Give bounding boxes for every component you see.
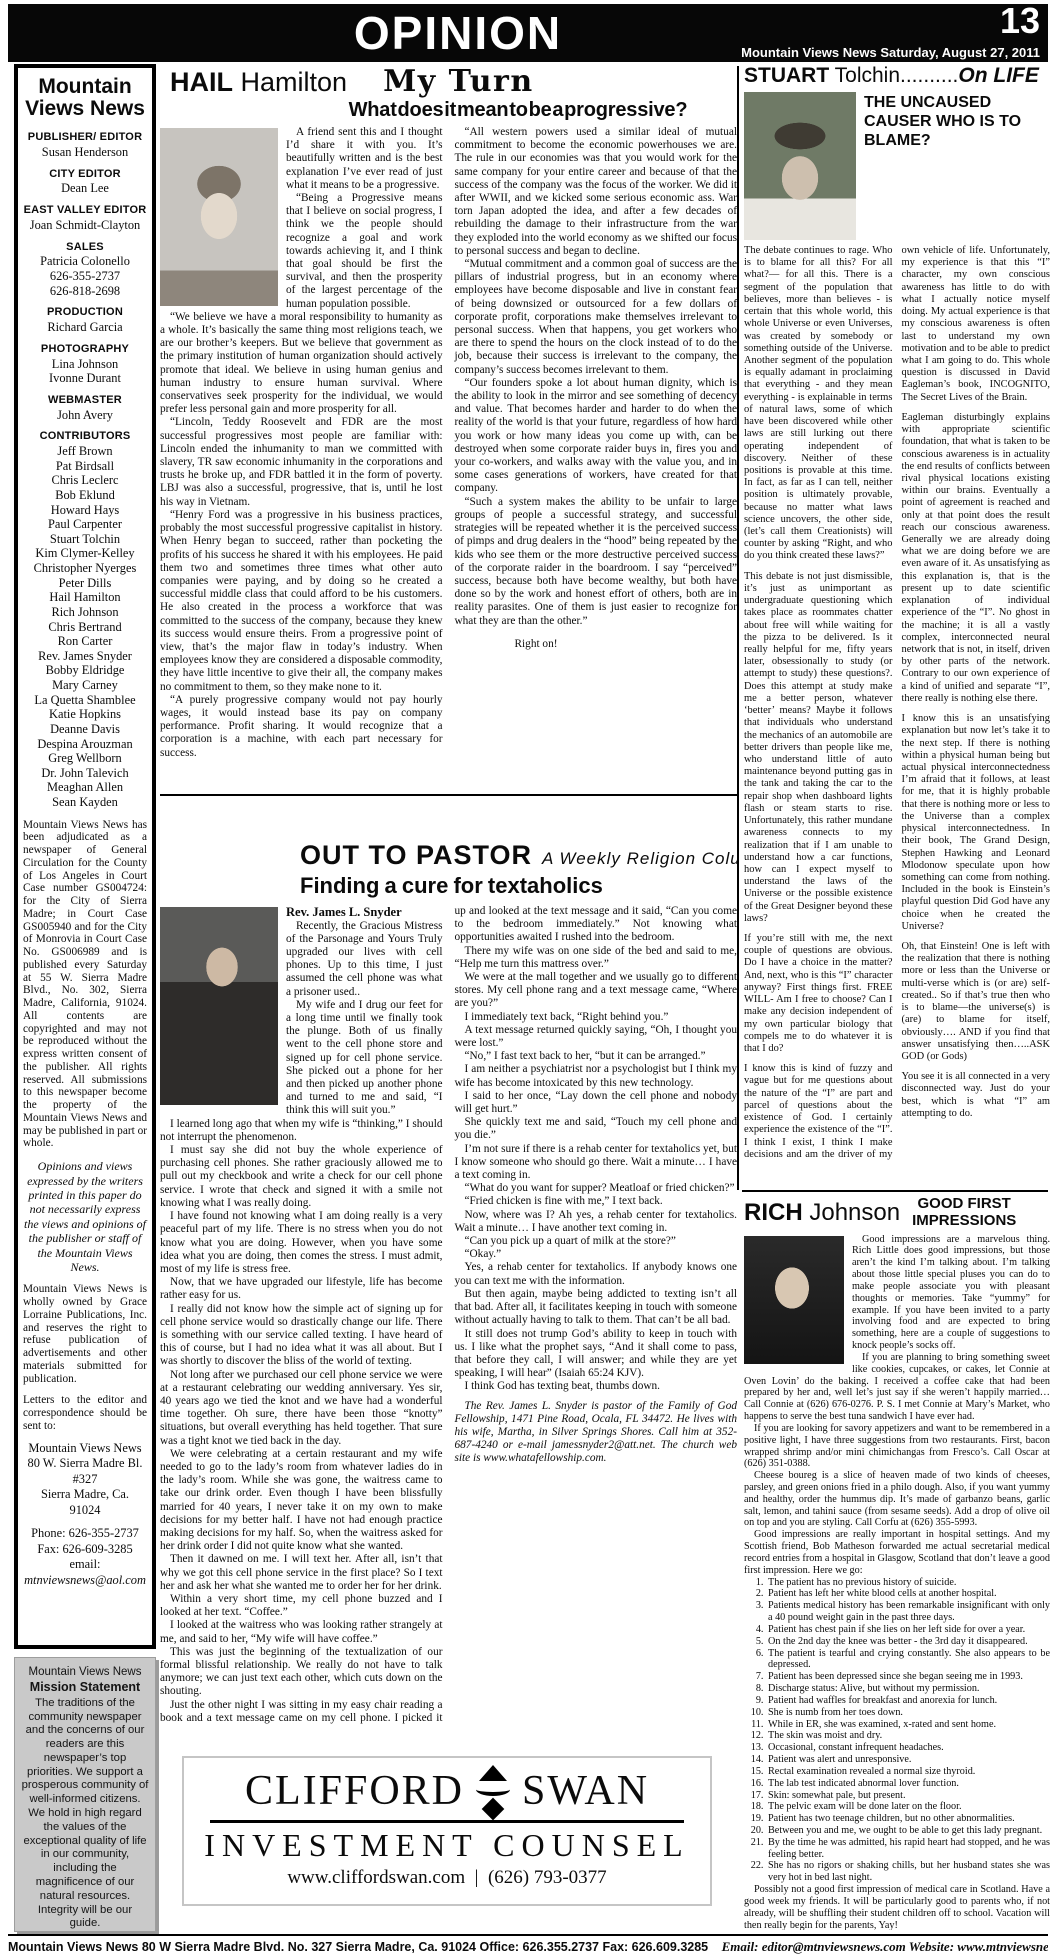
- masthead-name: Susan Henderson: [23, 145, 147, 160]
- role-heading: SALES: [23, 240, 147, 255]
- column-divider: [737, 66, 739, 1190]
- footer-contact: Mountain Views News 80 W Sierra Madre Bl…: [8, 1940, 708, 1954]
- article-paragraph: I’m not sure if there is a rehab center …: [455, 1143, 738, 1183]
- role-heading: EAST VALLEY EDITOR: [23, 203, 147, 218]
- article-closing: Right on!: [515, 638, 738, 651]
- contributor-name: Meaghan Allen: [23, 780, 147, 795]
- article-paragraph: Then it dawned on me. I will text her. A…: [160, 1553, 443, 1593]
- article-paragraph: “Can you pick up a quart of milk at the …: [455, 1235, 738, 1248]
- article-on-life: STUART Tolchin..........On LIFE THE UNCA…: [744, 64, 1050, 1188]
- contributor-name: La Quetta Shamblee: [23, 693, 147, 708]
- contributor-name: Stuart Tolchin: [23, 532, 147, 547]
- article-paragraph: It still does not trump God’s ability to…: [455, 1328, 738, 1381]
- contributor-name: Hail Hamilton: [23, 590, 147, 605]
- contributor-name: Rich Johnson: [23, 605, 147, 620]
- article-paragraph: Yes, a rehab center for textaholics. If …: [455, 1261, 738, 1287]
- column-subtitle: A Weekly Religion Column: [542, 849, 737, 868]
- hospital-entry: The lab test indicated abnormal lover fu…: [766, 1778, 1050, 1790]
- article-paragraph: This debate is not just dismissible, it’…: [744, 571, 893, 925]
- contributor-name: Dr. John Talevich: [23, 766, 147, 781]
- masthead-role: PUBLISHER/ EDITOR Susan Henderson: [23, 130, 147, 159]
- article-body: The debate continues to rage. Who is to …: [744, 245, 1050, 1173]
- article-paragraph: Now, that we have upgraded our lifestyle…: [160, 1276, 443, 1302]
- mailing-address: Mountain Views News80 W. Sierra Madre Bl…: [23, 1441, 147, 1519]
- article-paragraph: Cheese boureg is a slice of heaven made …: [744, 1470, 1050, 1529]
- author-first-name: HAIL: [170, 67, 233, 97]
- article-paragraph: There my wife was on one side of the bed…: [455, 945, 738, 971]
- masthead-name: Joan Schmidt-Clayton: [23, 218, 147, 233]
- masthead-role: CONTRIBUTORS Jeff BrownPat BirdsallChris…: [23, 429, 147, 809]
- article-headline: Finding a cure for textaholics: [300, 873, 737, 899]
- phone-number: Phone: 626-355-2737: [23, 1526, 147, 1542]
- article-body: Good impressions are a marvelous thing. …: [744, 1234, 1050, 1930]
- article-paragraph: But then again, maybe being addicted to …: [455, 1288, 738, 1328]
- rich-header: RICH Johnson GOOD FIRST IMPRESSIONS: [744, 1196, 1050, 1230]
- pastor-header: OUT TO PASTORA Weekly Religion Column: [300, 840, 737, 871]
- masthead-name: John Avery: [23, 408, 147, 423]
- on-life-header: STUART Tolchin..........On LIFE: [744, 64, 1050, 88]
- section-title: OPINION: [158, 5, 758, 61]
- contributor-name: Pat Birdsall: [23, 459, 147, 474]
- hospital-entry: On the 2nd day the knee was better - the…: [766, 1636, 1050, 1648]
- article-paragraph: “Mutual commitment and a common goal of …: [455, 258, 738, 377]
- article-out-to-pastor: OUT TO PASTORA Weekly Religion Column Fi…: [160, 800, 737, 1745]
- contributor-name: Paul Carpenter: [23, 517, 147, 532]
- stuart-tolchin-photo: [744, 92, 856, 240]
- column-brand: On LIFE: [958, 64, 1039, 87]
- masthead-name: Richard Garcia: [23, 320, 147, 335]
- mission-statement-box: Mountain Views News Mission Statement Th…: [14, 1657, 156, 1932]
- ad-website: www.cliffordswan.com: [287, 1867, 465, 1888]
- article-paragraph: I must say she did not buy the whole exp…: [160, 1144, 443, 1210]
- author-last-name: Johnson: [809, 1199, 900, 1226]
- hospital-entry: Between you and me, we ought to be able …: [766, 1825, 1050, 1837]
- contributor-name: Despina Arouzman: [23, 737, 147, 752]
- role-names: Susan Henderson: [23, 145, 147, 160]
- hospital-entry: The patient is tearful and crying consta…: [766, 1648, 1050, 1672]
- opinions-disclaimer: Opinions and views expressed by the writ…: [23, 1159, 147, 1274]
- page-footer: Mountain Views News 80 W Sierra Madre Bl…: [8, 1934, 1048, 1955]
- contributor-name: Christopher Nyerges: [23, 561, 147, 576]
- article-paragraph: “Such a system makes the ability to be u…: [455, 496, 738, 628]
- footer-email-website: Email: editor@mtnviewsnews.com Website: …: [722, 1939, 1048, 1954]
- article-paragraph: “We believe we have a moral responsibili…: [160, 311, 443, 417]
- on-life-headrow: THE UNCAUSED CAUSER WHO IS TO BLAME?: [744, 92, 1050, 240]
- masthead-role: EAST VALLEY EDITOR Joan Schmidt-Clayton: [23, 203, 147, 232]
- article-paragraph: I looked at the waitress who was looking…: [160, 1619, 443, 1645]
- article-paragraph: I really did not know how the simple act…: [160, 1303, 443, 1369]
- contact-block: Phone: 626-355-2737 Fax: 626-609-3285 em…: [23, 1526, 147, 1588]
- article-paragraph: “No,” I fast text back to her, “but it c…: [455, 1050, 738, 1063]
- contributor-name: Chris Leclerc: [23, 473, 147, 488]
- contributor-name: Katie Hopkins: [23, 707, 147, 722]
- article-paragraph: “Lincoln, Teddy Roosevelt and FDR are th…: [160, 416, 443, 508]
- masthead-role: WEBMASTER John Avery: [23, 393, 147, 422]
- headline-line2: IMPRESSIONS: [912, 1213, 1016, 1230]
- contributor-name: Deanne Davis: [23, 722, 147, 737]
- masthead-role: PHOTOGRAPHY Lina JohnsonIvonne Durant: [23, 342, 147, 386]
- article-paragraph: “Okay.”: [455, 1248, 738, 1261]
- mission-body: The traditions of the community newspape…: [21, 1697, 149, 1931]
- headline-line1: GOOD FIRST: [912, 1196, 1016, 1213]
- role-heading: WEBMASTER: [23, 393, 147, 408]
- address-line: 80 W. Sierra Madre Bl. #327: [23, 1456, 147, 1487]
- contributor-name: Chris Bertrand: [23, 620, 147, 635]
- hospital-entry: Discharge status: Alive, but without my …: [766, 1683, 1050, 1695]
- role-heading: CONTRIBUTORS: [23, 429, 147, 444]
- hospital-entry: Patient has two teenage children, but no…: [766, 1813, 1050, 1825]
- article-my-turn: HAIL Hamilton My Turn What does it mean …: [160, 64, 737, 792]
- role-heading: PRODUCTION: [23, 305, 147, 320]
- role-heading: CITY EDITOR: [23, 167, 147, 182]
- hospital-entry: She has no rigors or shaking chills, but…: [766, 1860, 1050, 1884]
- masthead-role: PRODUCTION Richard Garcia: [23, 305, 147, 334]
- article-paragraph: “Our founders spoke a lot about human di…: [455, 377, 738, 496]
- hospital-entry: Patient has left her white blood cells a…: [766, 1588, 1050, 1600]
- address-line: Mountain Views News: [23, 1441, 147, 1457]
- ad-name-clifford: CLIFFORD: [245, 1770, 464, 1812]
- ad-phone: (626) 793-0377: [488, 1867, 607, 1888]
- email-label: email:: [23, 1557, 147, 1573]
- hospital-entry: Patient had waffles for breakfast and an…: [766, 1695, 1050, 1707]
- article-paragraph: Now, where was I? Ah yes, a rehab center…: [455, 1209, 738, 1235]
- address-line: Sierra Madre, Ca.: [23, 1487, 147, 1503]
- article-headline: THE UNCAUSED CAUSER WHO IS TO BLAME?: [864, 92, 1050, 240]
- hospital-entry: While in ER, she was examined, x-rated a…: [766, 1719, 1050, 1731]
- diamond-logo-icon: [476, 1764, 510, 1818]
- ad-contact-row: www.cliffordswan.com | (626) 793-0377: [184, 1867, 710, 1889]
- ad-tagline: INVESTMENT COUNSEL: [184, 1828, 710, 1863]
- article-paragraph: I have found not knowing what I am doing…: [160, 1210, 443, 1276]
- role-heading: PUBLISHER/ EDITOR: [23, 130, 147, 145]
- article-paragraph: You see it is all connected in a very di…: [902, 1071, 1051, 1120]
- hospital-entry: The skin was moist and dry.: [766, 1730, 1050, 1742]
- clifford-swan-ad: CLIFFORD SWAN INVESTMENT COUNSEL www.cli…: [182, 1756, 712, 1906]
- article-paragraph: We were at the mall together and we usua…: [455, 971, 738, 1011]
- article-paragraph: “A purely progressive company would not …: [160, 694, 443, 760]
- section-divider: [160, 794, 737, 796]
- article-paragraph: Eagleman disturbingly explains with appr…: [902, 412, 1051, 705]
- rich-johnson-photo: [744, 1236, 844, 1364]
- article-body: Rev. James L. Snyder Recently, the Graci…: [160, 905, 737, 1735]
- letters-note: Letters to the editor and correspondence…: [23, 1394, 147, 1432]
- article-paragraph: I learned long ago that when my wife is …: [160, 1118, 443, 1144]
- article-paragraph: “Henry Ford was a progressive in his bus…: [160, 509, 443, 694]
- hail-hamilton-photo: [160, 128, 278, 306]
- article-body: A friend sent this and I thought I’d sha…: [160, 126, 737, 778]
- article-paragraph: Oh, that Einstein! One is left with the …: [902, 941, 1051, 1063]
- hospital-entry: Occasional, constant infrequent headache…: [766, 1742, 1050, 1754]
- role-names: Jeff BrownPat BirdsallChris LeclercBob E…: [23, 444, 147, 810]
- article-paragraph: Not long after we purchased our cell pho…: [160, 1369, 443, 1448]
- newspaper-page: OPINION 13 Mountain Views News Saturday,…: [0, 0, 1056, 1955]
- hospital-entry: Patient has been depressed since she beg…: [766, 1671, 1050, 1683]
- author-last-name: Hamilton: [241, 67, 348, 97]
- article-paragraph: Within a very short time, my cell phone …: [160, 1593, 443, 1619]
- legal-notice: Mountain Views News has been adjudicated…: [23, 819, 147, 1151]
- article-paragraph: She quickly text me and said, “Touch my …: [455, 1116, 738, 1142]
- article-paragraph: “All western powers used a similar ideal…: [455, 126, 738, 258]
- author-first-name: STUART: [744, 64, 829, 87]
- ownership-notice: Mountain Views News is wholly owned by G…: [23, 1283, 147, 1385]
- contributor-name: Greg Wellborn: [23, 751, 147, 766]
- article-paragraph: “Fried chicken is fine with me,” I text …: [455, 1195, 738, 1208]
- role-names: Richard Garcia: [23, 320, 147, 335]
- article-paragraph: If you’re still with me, the next couple…: [744, 933, 893, 1055]
- dateline: Mountain Views News Saturday, August 27,…: [741, 45, 1040, 60]
- hospital-entries-list: The patient has no previous history of s…: [744, 1577, 1050, 1885]
- role-names: Joan Schmidt-Clayton: [23, 218, 147, 233]
- email-address: mtnviewsnews@aol.com: [23, 1573, 147, 1589]
- ad-separator: |: [475, 1867, 479, 1888]
- article-headline: GOOD FIRST IMPRESSIONS: [912, 1196, 1016, 1230]
- article-paragraph: If you are looking for savory appetizers…: [744, 1423, 1050, 1470]
- hospital-entry: Patients medical history has been remark…: [766, 1600, 1050, 1624]
- masthead-name: Lina Johnson: [23, 357, 147, 372]
- hospital-entry: Patient was alert and unresponsive.: [766, 1754, 1050, 1766]
- article-paragraph: I said to her once, “Lay down the cell p…: [455, 1090, 738, 1116]
- hospital-entry: The patient has no previous history of s…: [766, 1577, 1050, 1589]
- column-brand: OUT TO PASTOR: [300, 840, 532, 870]
- masthead-role: SALES Patricia Colonello626-355-2737626-…: [23, 240, 147, 299]
- contributor-name: Jeff Brown: [23, 444, 147, 459]
- article-paragraph: I think God has texting beat, thumbs dow…: [455, 1380, 738, 1393]
- address-line: 91024: [23, 1503, 147, 1519]
- role-names: John Avery: [23, 408, 147, 423]
- masthead-role: CITY EDITOR Dean Lee: [23, 167, 147, 196]
- column-brand: My Turn: [383, 64, 534, 99]
- masthead-title: Mountain Views News: [23, 76, 147, 120]
- role-names: Lina JohnsonIvonne Durant: [23, 357, 147, 386]
- contributor-name: Rev. James Snyder: [23, 649, 147, 664]
- article-paragraph: Good impressions are really important in…: [744, 1529, 1050, 1576]
- hospital-entry: Patient has chest pain if she lies on he…: [766, 1624, 1050, 1636]
- article-paragraph: A text message returned quickly saying, …: [455, 1024, 738, 1050]
- article-paragraph: The debate continues to rage. Who is to …: [744, 245, 893, 563]
- dots: ..........: [900, 64, 958, 87]
- contributor-name: Howard Hays: [23, 503, 147, 518]
- contributor-name: Peter Dills: [23, 576, 147, 591]
- masthead-box: Mountain Views News PUBLISHER/ EDITOR Su…: [14, 64, 156, 1649]
- contributor-name: Bob Eklund: [23, 488, 147, 503]
- ad-name-swan: SWAN: [522, 1770, 649, 1812]
- hospital-entry: By the time he was admitted, his rapid h…: [766, 1837, 1050, 1861]
- article-headline: What does it mean to be a progressive?: [300, 99, 736, 122]
- author-last-name: Tolchin: [835, 64, 900, 87]
- article-paragraph: I know this is an unsatisfying explanati…: [902, 713, 1051, 933]
- author-bio: The Rev. James L. Snyder is pastor of th…: [455, 1400, 738, 1466]
- article-good-first-impressions: RICH Johnson GOOD FIRST IMPRESSIONS Good…: [744, 1196, 1050, 1930]
- page-banner: OPINION 13 Mountain Views News Saturday,…: [8, 4, 1048, 62]
- article-paragraph: I immediately text back, “Right behind y…: [455, 1011, 738, 1024]
- page-number: 13: [1000, 1, 1040, 41]
- author-first-name: RICH: [744, 1199, 803, 1226]
- my-turn-header: HAIL Hamilton My Turn: [160, 64, 737, 99]
- article-paragraph: I am neither a psychiatrist nor a psycho…: [455, 1063, 738, 1089]
- role-names: Patricia Colonello626-355-2737626-818-26…: [23, 254, 147, 298]
- mission-title-line1: Mountain Views News: [21, 1666, 149, 1680]
- hospital-entry: Skin: somewhat pale, but present.: [766, 1790, 1050, 1802]
- hospital-entry: Rectal examination revealed a normal siz…: [766, 1766, 1050, 1778]
- masthead-name: 626-355-2737: [23, 269, 147, 284]
- masthead-name: Patricia Colonello: [23, 254, 147, 269]
- article-paragraph: “What do you want for supper? Meatloaf o…: [455, 1182, 738, 1195]
- contributor-name: Mary Carney: [23, 678, 147, 693]
- section-divider: [742, 1190, 1048, 1192]
- article-closing: Possibly not a good first impression of …: [744, 1884, 1050, 1930]
- role-names: Dean Lee: [23, 181, 147, 196]
- byline-kicker: HAIL Hamilton: [170, 67, 347, 98]
- ad-logo-row: CLIFFORD SWAN: [210, 1764, 684, 1823]
- fax-number: Fax: 626-609-3285: [23, 1542, 147, 1558]
- contributor-name: Ron Carter: [23, 634, 147, 649]
- hospital-entry: She is numb from her toes down.: [766, 1707, 1050, 1719]
- role-heading: PHOTOGRAPHY: [23, 342, 147, 357]
- article-paragraph: We were celebrating at a certain restaur…: [160, 1448, 443, 1554]
- james-snyder-photo: [160, 907, 278, 1105]
- masthead-name: 626-818-2698: [23, 284, 147, 299]
- contributor-name: Sean Kayden: [23, 795, 147, 810]
- contributor-name: Kim Clymer-Kelley: [23, 546, 147, 561]
- masthead-name: Ivonne Durant: [23, 371, 147, 386]
- masthead-name: Dean Lee: [23, 181, 147, 196]
- mission-title-line2: Mission Statement: [21, 1680, 149, 1695]
- hospital-entry: The pelvic exam will be done later on th…: [766, 1801, 1050, 1813]
- contributor-name: Bobby Eldridge: [23, 663, 147, 678]
- byline-kicker: RICH Johnson: [744, 1199, 900, 1227]
- article-paragraph: This was just the beginning of the textu…: [160, 1646, 443, 1699]
